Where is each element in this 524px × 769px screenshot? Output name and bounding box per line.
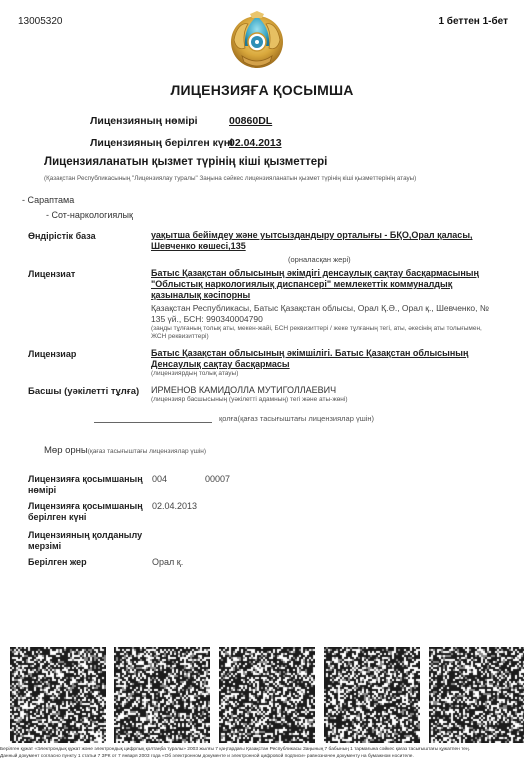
license-date-value: 02.04.2013 bbox=[229, 137, 282, 149]
licensee-note: (заңды тұлғаның толық аты, мекен-жайі, Б… bbox=[151, 325, 491, 341]
licensee-name-text: Батыс Қазақстан облысының әкімдігі денса… bbox=[151, 268, 479, 300]
stamp-label: Мөр орны bbox=[44, 445, 88, 456]
footer-line-kz: Берілген құжат «Электрондық құжат және э… bbox=[0, 746, 524, 753]
head-note: (лицензияр басшысының (уәкілетті адамның… bbox=[151, 396, 348, 404]
licensor-note: (лицензиярдың толық атауы) bbox=[151, 370, 238, 378]
2d-barcode-icon bbox=[219, 647, 315, 743]
subservices-note: (Қазақстан Республикасының "Лицензиялау … bbox=[44, 175, 416, 182]
2d-barcode-icon bbox=[114, 647, 210, 743]
production-base-note: (орналасқан жері) bbox=[288, 255, 351, 264]
page-indicator: 1 беттен 1-бет bbox=[438, 16, 508, 27]
document-id: 13005320 bbox=[18, 16, 63, 27]
annex-number-label: Лицензияға қосымшаның нөмірі bbox=[28, 474, 148, 496]
licensee-address: Қазақстан Республикасы, Батыс Қазақстан … bbox=[151, 303, 501, 324]
annex-date-label: Лицензияға қосымшаның берілген күні bbox=[28, 501, 148, 523]
issue-place-value: Орал қ. bbox=[152, 557, 183, 567]
stamp-note: (қағаз тасығыштағы лицензиялар үшін) bbox=[88, 448, 206, 455]
production-base-label: Өндірістік база bbox=[28, 231, 96, 241]
licensor-name-text: Батыс Қазақстан облысының әкімшілігі. Ба… bbox=[151, 348, 468, 369]
subservice-item: - Сараптама bbox=[22, 195, 74, 205]
head-label: Басшы (уәкілетті тұлға) bbox=[28, 386, 139, 397]
annex-number-part2: 00007 bbox=[205, 474, 230, 484]
production-base-value: уақытша бейімдеу және уытсыздандыру орта… bbox=[151, 230, 501, 252]
state-emblem-icon bbox=[228, 10, 286, 76]
head-value: ИРМЕНОВ КАМИДОЛЛА МУТИГОЛЛАЕВИЧ bbox=[151, 385, 336, 395]
licensee-name: Батыс Қазақстан облысының әкімдігі денса… bbox=[151, 268, 501, 301]
subservice-item: - Сот-наркологиялық bbox=[46, 210, 133, 220]
2d-barcode-icon bbox=[10, 647, 106, 743]
subservices-title: Лицензияланатын қызмет түрінің кіші қызм… bbox=[44, 156, 327, 168]
stamp-place: Мөр орны(қағаз тасығыштағы лицензиялар ү… bbox=[44, 445, 206, 456]
signature-note: қолға(қағаз тасығыштағы лицензиялар үшін… bbox=[219, 414, 374, 423]
license-number-value: 00860DL bbox=[229, 115, 272, 127]
footer-line-ru: Данный документ согласно пункту 1 статьи… bbox=[0, 753, 524, 760]
license-date-label: Лицензияның берілген күні bbox=[90, 137, 233, 149]
page-title: ЛИЦЕНЗИЯҒА ҚОСЫМША bbox=[0, 82, 524, 98]
production-base-line1: уақытша бейімдеу және уытсыздандыру орта… bbox=[151, 230, 501, 241]
license-number-label: Лицензияның нөмірі bbox=[90, 115, 198, 127]
signature-line bbox=[94, 422, 212, 423]
2d-barcode-icon bbox=[429, 647, 524, 743]
legal-footer: Берілген құжат «Электрондық құжат және э… bbox=[0, 746, 524, 760]
production-base-line2: Шевченко көшесі,135 bbox=[151, 241, 501, 252]
barcode-row bbox=[10, 647, 524, 743]
issue-place-label: Берілген жер bbox=[28, 557, 148, 568]
annex-date-value: 02.04.2013 bbox=[152, 501, 197, 511]
licensor-name: Батыс Қазақстан облысының әкімшілігі. Ба… bbox=[151, 348, 501, 370]
2d-barcode-icon bbox=[324, 647, 420, 743]
validity-label: Лицензияның қолданылу мерзімі bbox=[28, 530, 148, 552]
licensor-label: Лицензиар bbox=[28, 349, 76, 359]
annex-number-part1: 004 bbox=[152, 474, 167, 484]
licensee-label: Лицензиат bbox=[28, 269, 75, 279]
